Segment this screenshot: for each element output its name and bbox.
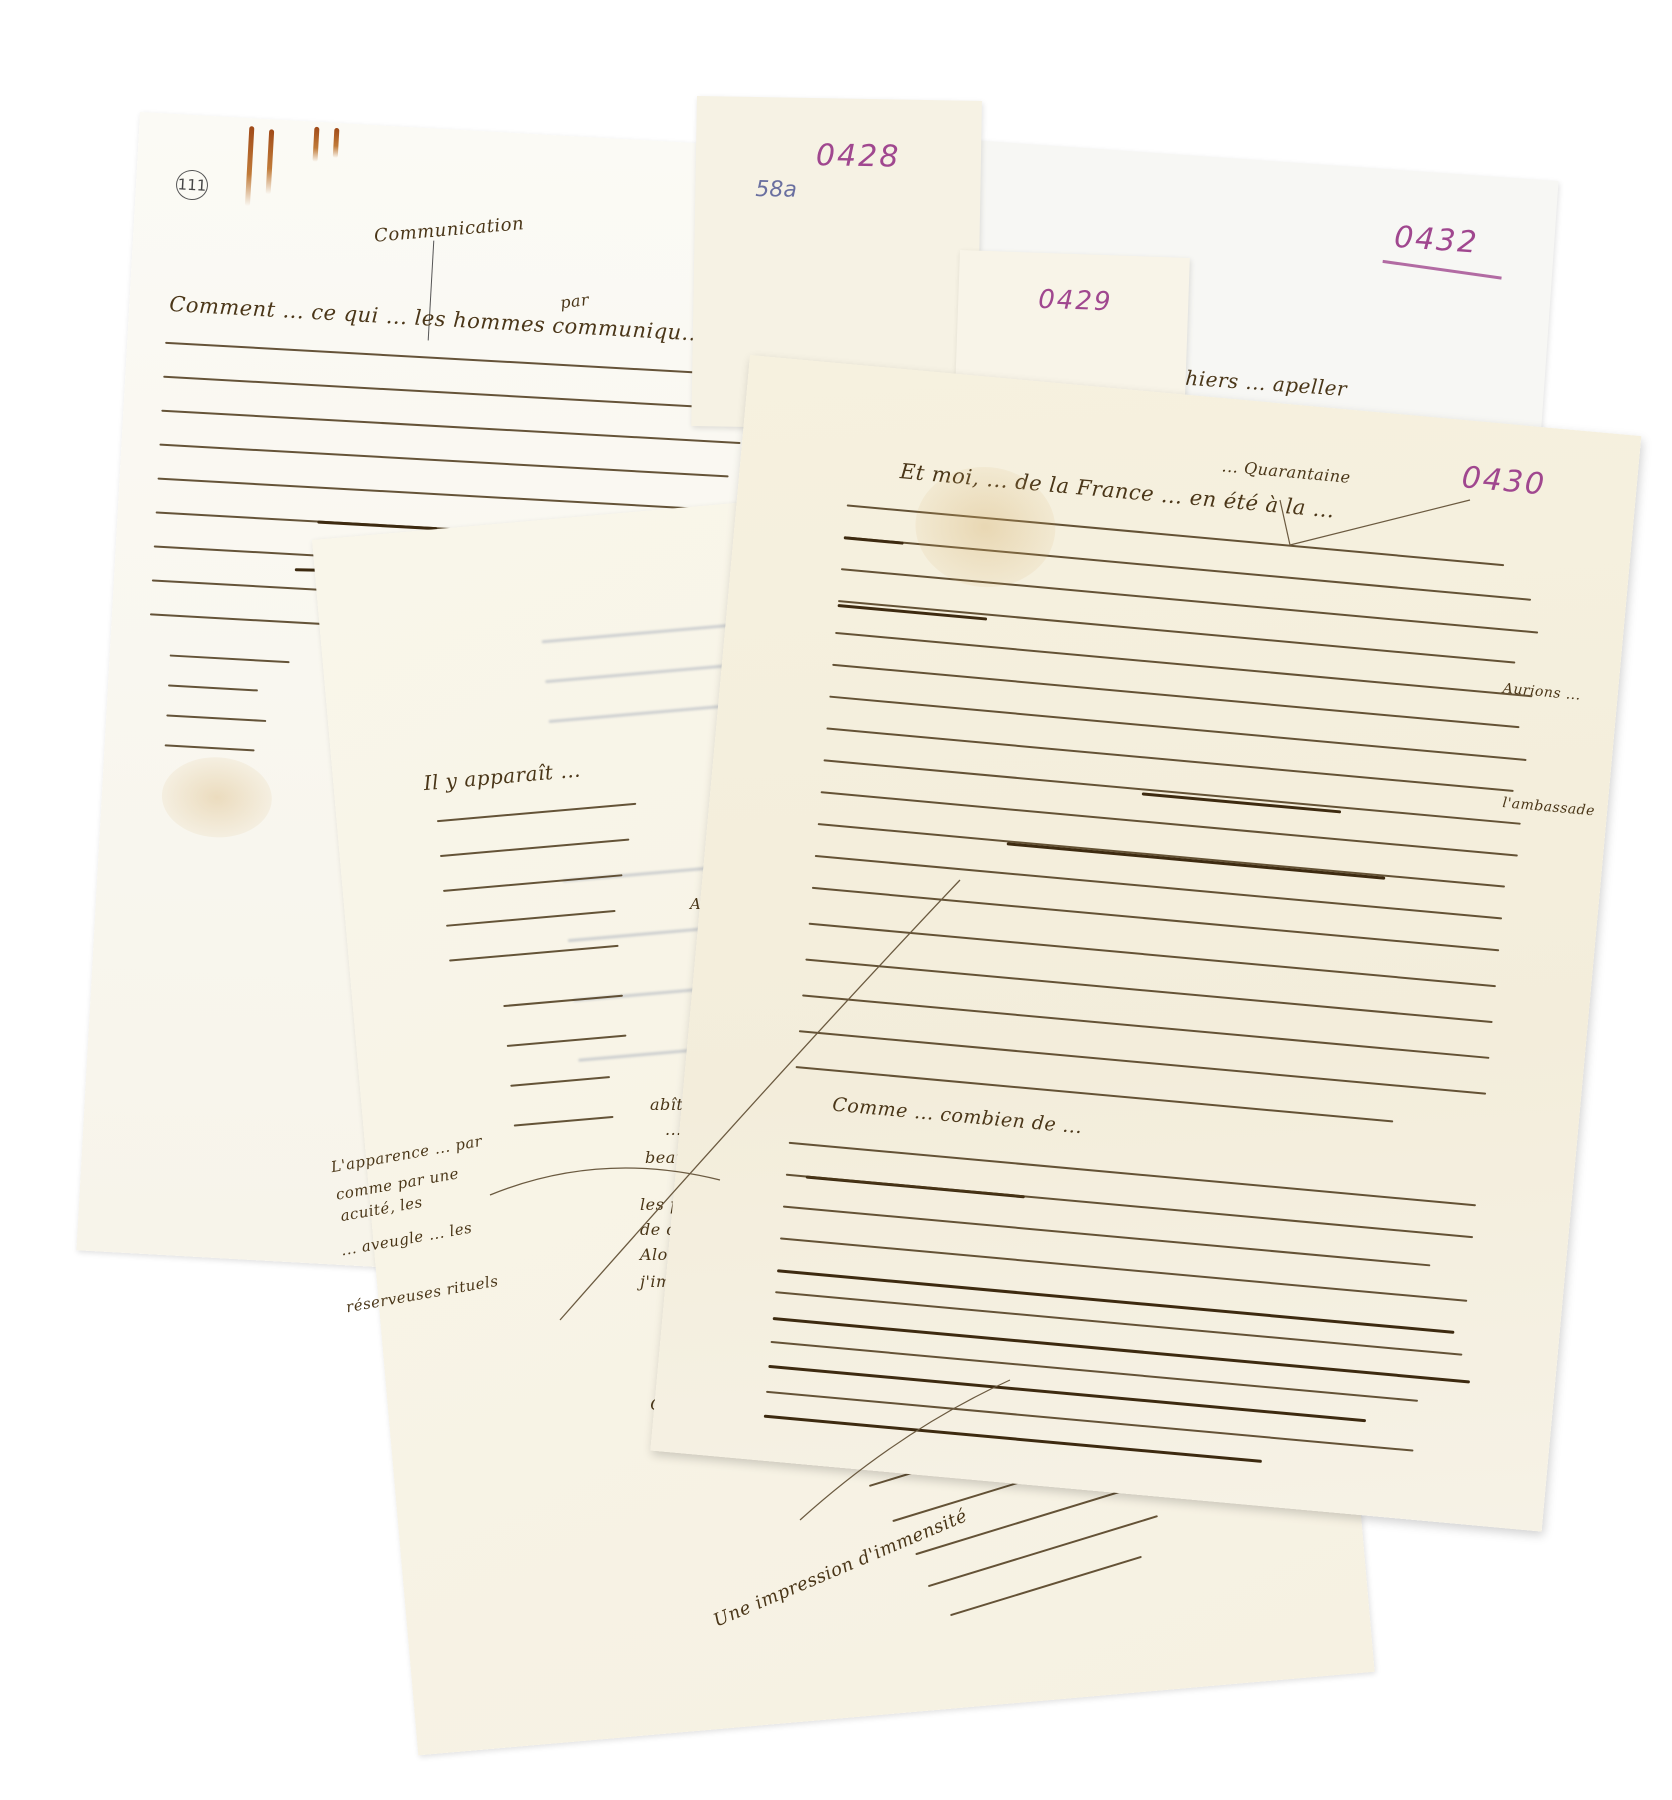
underline [1382,260,1501,280]
margin-note: l'ambassade [1502,795,1596,819]
margin-note: Aurions ... [1502,681,1581,704]
archive-number-0432: 0432 [1393,220,1480,261]
archive-number-0428: 0428 [816,138,901,174]
rust-stain [333,128,340,158]
paragraph-start: Comme ... combien de ... [831,1094,1083,1139]
folio-58a: 58a [755,177,797,203]
annotation-communication: Communication [373,213,525,247]
rust-stain [312,127,319,162]
sheet-0430: 0430 ... Quarantaine Et moi, ... de la F… [650,355,1641,1532]
water-stain [160,754,274,840]
heading-annotation: ... Quarantaine [1221,456,1351,487]
archive-number-0429: 0429 [1038,285,1113,318]
rust-stain [266,129,275,194]
manuscript-photo: 0432 ... ces ahiers ... apeller notés Ce… [0,0,1672,1800]
opening-line: Il y apparaît ... [423,758,582,796]
annotation-par: par [559,290,590,312]
opening-line: Comment ... ce qui ... les hommes commun… [169,292,704,346]
archive-number-0430: 0430 [1460,460,1547,503]
margin-note: Une impression d'immensité [710,1505,970,1631]
rust-stain [245,126,254,206]
folio-circle: 111 [175,169,209,201]
